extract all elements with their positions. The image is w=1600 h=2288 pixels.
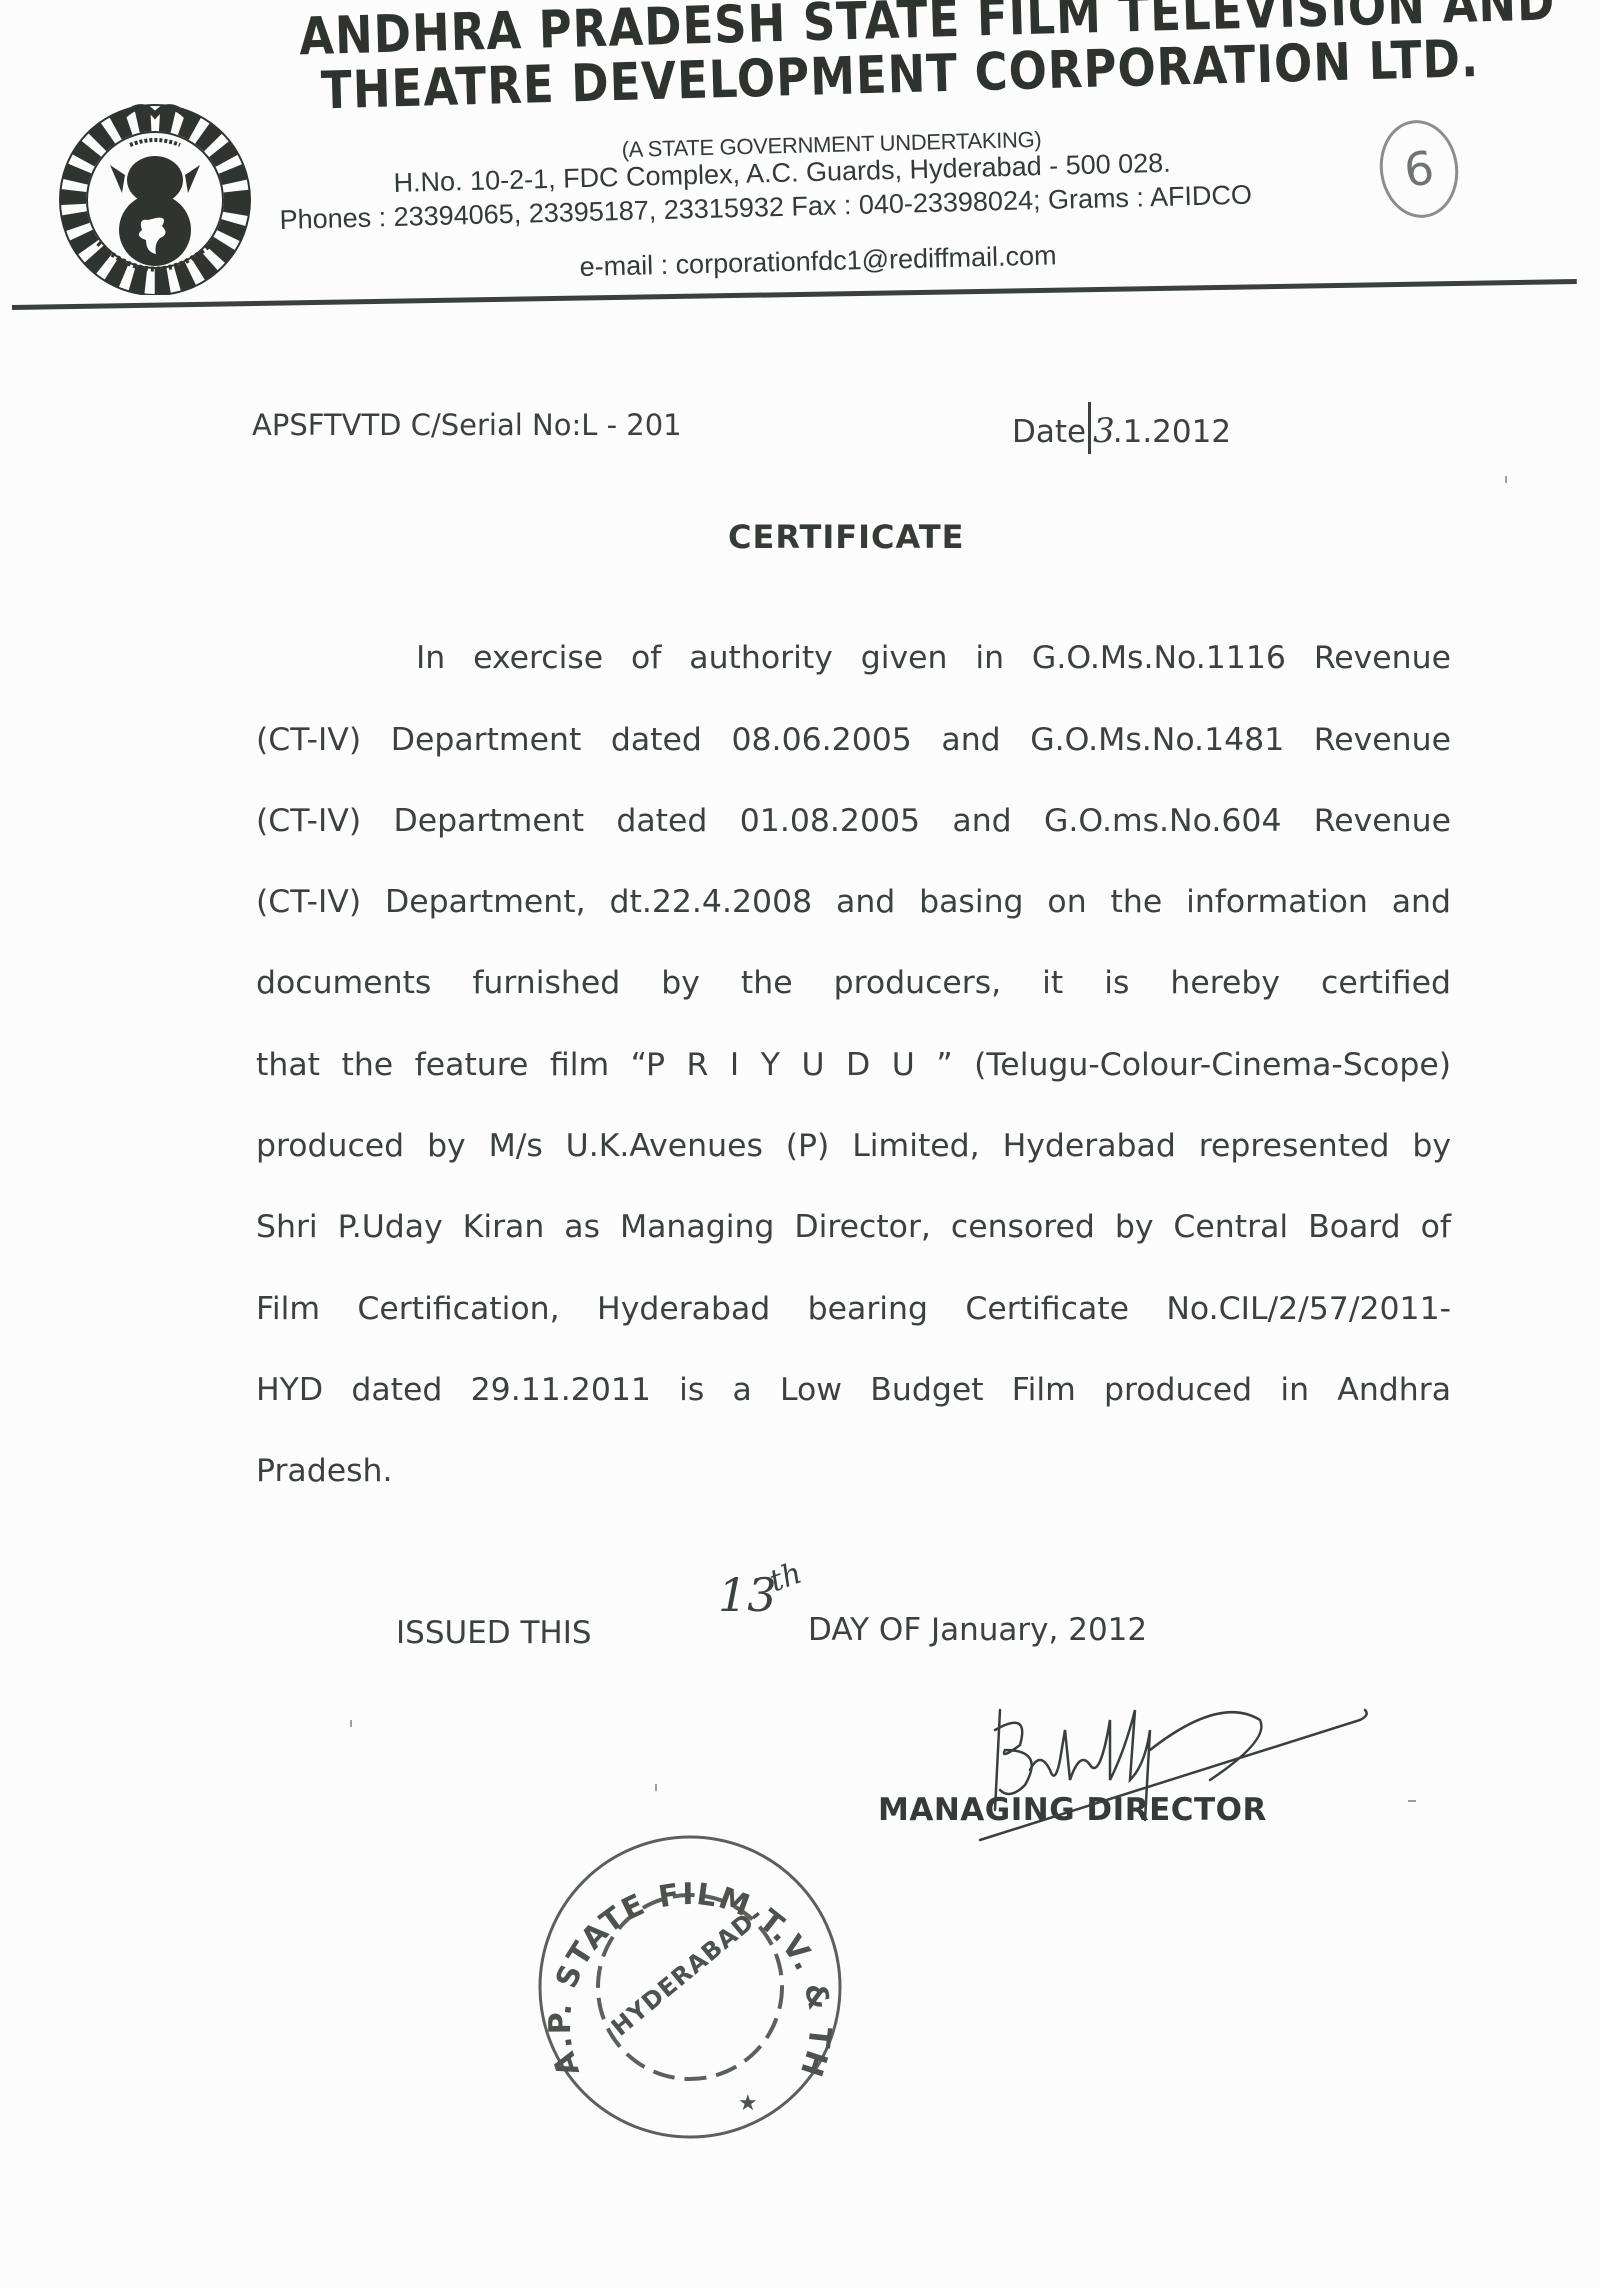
- svg-text:A.P. STATE FILM T.V. & THEATRE: A.P. STATE FILM T.V. & THEATRE DEVT. COR…: [510, 1822, 837, 2083]
- handwritten-page-number: 6: [1374, 115, 1465, 223]
- scan-speck: [1408, 1800, 1416, 1802]
- certificate-body-line: (CT-IV) Department dated 01.08.2005 and …: [256, 803, 1451, 839]
- date-handwritten-day: 3: [1093, 411, 1115, 451]
- certificate-body-line: Shri P.Uday Kiran as Managing Director, …: [256, 1209, 1451, 1245]
- corporation-emblem-icon: [50, 95, 260, 295]
- issued-prefix: ISSUED THIS: [396, 1615, 592, 1651]
- date-value: .1.2012: [1113, 414, 1231, 450]
- handwritten-signature-icon: [960, 1690, 1380, 1850]
- serial-number: APSFTVTD C/Serial No:L - 201: [252, 408, 682, 442]
- certificate-body-line: that the feature film “P R I Y U D U ” (…: [256, 1047, 1451, 1083]
- issued-suffix: DAY OF January, 2012: [808, 1612, 1147, 1648]
- scan-speck: [655, 1784, 657, 1791]
- organization-email: e-mail : corporationfdc1@rediffmail.com: [579, 240, 1057, 283]
- certificate-body-line: documents furnished by the producers, it…: [256, 965, 1451, 1001]
- date-separator: [1088, 402, 1091, 454]
- stamp-outer-text: A.P. STATE FILM T.V. & THEATRE DEVT. COR…: [510, 1822, 837, 2083]
- document-date: Date3.1.2012: [1012, 402, 1231, 462]
- certificate-title: CERTIFICATE: [728, 518, 965, 556]
- certificate-body-line: HYD dated 29.11.2011 is a Low Budget Fil…: [256, 1372, 1451, 1408]
- certificate-body-line: In exercise of authority given in G.O.Ms…: [256, 640, 1451, 676]
- certificate-body-line: (CT-IV) Department, dt.22.4.2008 and bas…: [256, 884, 1451, 920]
- certificate-body-line: (CT-IV) Department dated 08.06.2005 and …: [256, 722, 1451, 758]
- round-seal-stamp-icon: A.P. STATE FILM T.V. & THEATRE DEVT. COR…: [510, 1822, 870, 2142]
- page-number-text: 6: [1401, 140, 1438, 198]
- certificate-body-line: produced by M/s U.K.Avenues (P) Limited,…: [256, 1128, 1451, 1164]
- certificate-body-line: Pradesh.: [256, 1453, 1451, 1489]
- certificate-body-line: Film Certification, Hyderabad bearing Ce…: [256, 1291, 1451, 1327]
- scan-speck: [1505, 476, 1507, 483]
- svg-text:★: ★: [738, 2090, 758, 2115]
- scan-speck: [350, 1720, 352, 1727]
- date-label: Date: [1012, 414, 1086, 450]
